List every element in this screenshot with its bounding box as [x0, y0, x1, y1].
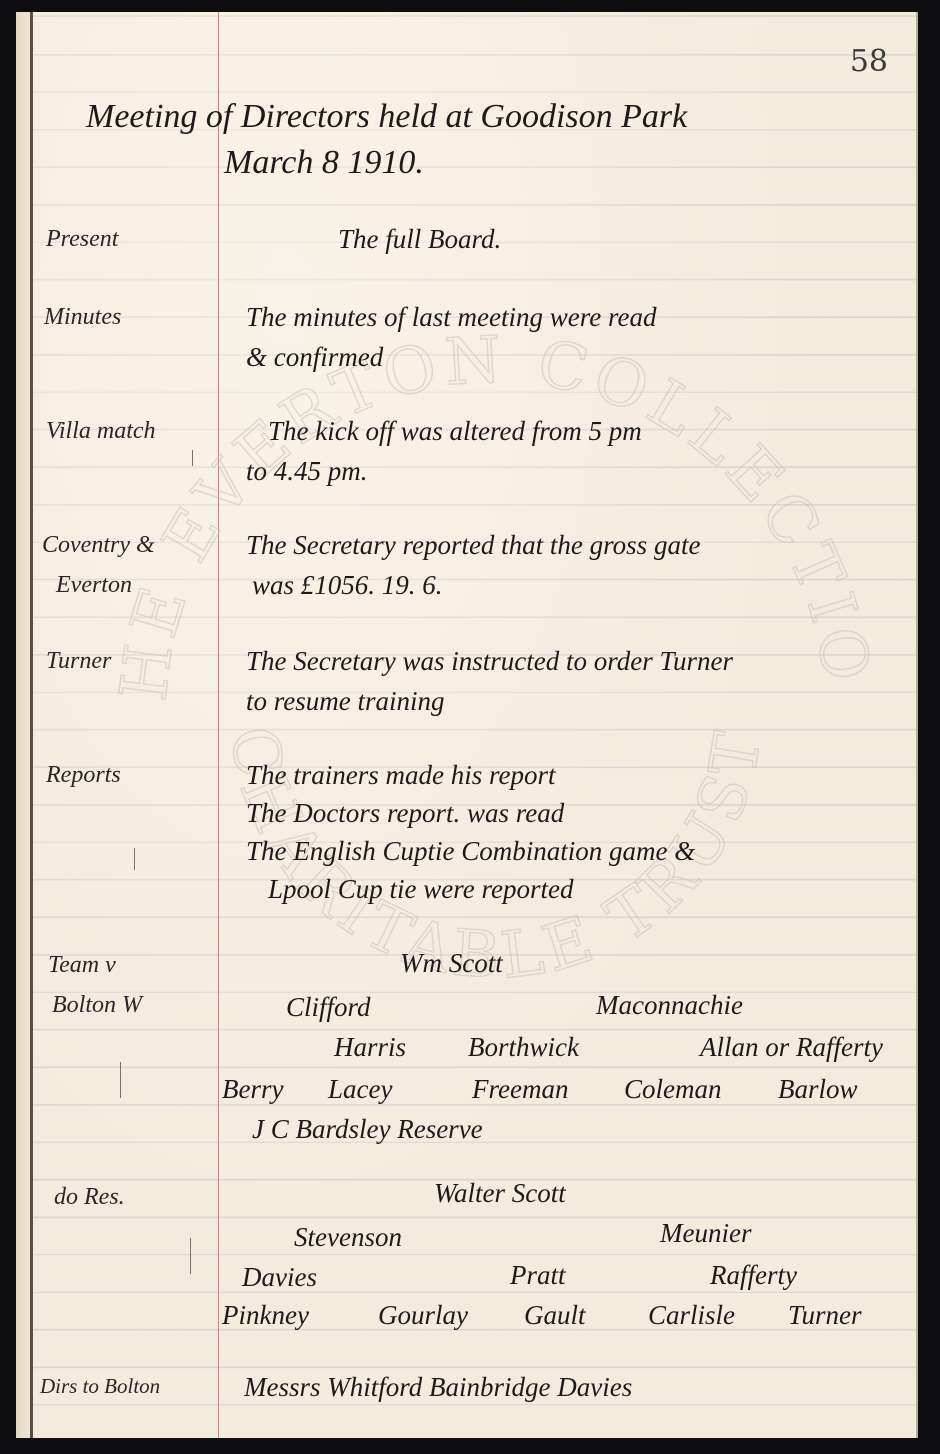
reserves-forward-1: Pinkney [222, 1300, 309, 1331]
entry-turner-line-1: The Secretary was instructed to order Tu… [246, 646, 733, 677]
team-back-right: Maconnachie [596, 990, 743, 1021]
team-half-left: Harris [334, 1032, 406, 1063]
team-forward-2: Lacey [328, 1074, 392, 1105]
ledger-page: THE EVERTON COLLECTION CHARITABLE TRUST … [16, 12, 918, 1438]
margin-label-everton: Everton [56, 572, 132, 599]
team-goalkeeper: Wm Scott [400, 948, 503, 979]
binding-shadow [16, 12, 30, 1438]
reserves-forward-5: Turner [788, 1300, 862, 1331]
team-half-centre: Borthwick [468, 1032, 579, 1063]
entry-villa-line-2: to 4.45 pm. [246, 456, 368, 487]
entry-turner-line-2: to resume training [246, 686, 445, 717]
entry-minutes-line-2: & confirmed [246, 342, 383, 373]
entry-directors-line: Messrs Whitford Bainbridge Davies [244, 1372, 632, 1403]
entry-present-line: The full Board. [338, 224, 501, 255]
entry-gate-line-2: was £1056. 19. 6. [252, 570, 443, 601]
reserves-goalkeeper: Walter Scott [434, 1178, 566, 1209]
margin-label-team: Team v [48, 952, 116, 979]
team-forward-5: Barlow [778, 1074, 858, 1105]
entry-gate-line-1: The Secretary reported that the gross ga… [246, 530, 700, 561]
reserves-forward-4: Carlisle [648, 1300, 735, 1331]
reserves-back-left: Stevenson [294, 1222, 402, 1253]
margin-label-reports: Reports [46, 762, 121, 789]
meeting-date: March 8 1910. [224, 144, 424, 182]
team-forward-1: Berry [222, 1074, 283, 1105]
margin-label-present: Present [46, 226, 118, 253]
team-back-left: Clifford [286, 992, 371, 1023]
entry-reports-line-1: The trainers made his report [246, 760, 556, 791]
margin-tick [120, 1062, 121, 1098]
red-margin-rule [218, 12, 219, 1438]
margin-tick [134, 848, 135, 870]
reserves-half-left: Davies [242, 1262, 317, 1293]
reserves-forward-2: Gourlay [378, 1300, 468, 1331]
margin-tick [190, 1238, 191, 1274]
margin-label-coventry: Coventry & [42, 532, 155, 559]
entry-minutes-line-1: The minutes of last meeting were read [246, 302, 656, 333]
reserves-back-right: Meunier [660, 1218, 751, 1249]
entry-reports-line-3: The English Cuptie Combination game & [246, 836, 695, 867]
meeting-title: Meeting of Directors held at Goodison Pa… [86, 98, 687, 136]
margin-label-villa-match: Villa match [46, 418, 156, 445]
team-reserve: J C Bardsley Reserve [252, 1114, 483, 1145]
reserves-half-right: Rafferty [710, 1260, 797, 1291]
margin-tick [192, 450, 193, 466]
team-half-right: Allan or Rafferty [700, 1032, 883, 1063]
reserves-half-centre: Pratt [510, 1260, 566, 1291]
margin-label-reserves: do Res. [54, 1184, 125, 1211]
reserves-forward-3: Gault [524, 1300, 586, 1331]
binding-line [30, 12, 33, 1438]
team-forward-3: Freeman [472, 1074, 568, 1105]
margin-label-turner: Turner [46, 648, 111, 675]
entry-reports-line-4: Lpool Cup tie were reported [268, 874, 573, 905]
margin-label-bolton: Bolton W [52, 992, 142, 1019]
entry-reports-line-2: The Doctors report. was read [246, 798, 564, 829]
margin-label-minutes: Minutes [44, 304, 121, 331]
page-edge [916, 12, 918, 1438]
team-forward-4: Coleman [624, 1074, 722, 1105]
page-number: 58 [850, 44, 888, 79]
entry-villa-line-1: The kick off was altered from 5 pm [268, 416, 642, 447]
margin-label-directors: Dirs to Bolton [40, 1374, 160, 1399]
